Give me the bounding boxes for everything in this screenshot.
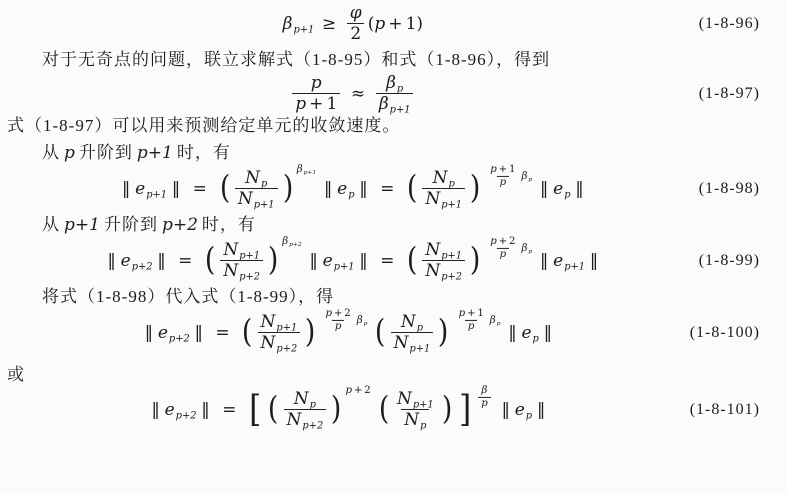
math-fraction: NpNp+1 <box>235 168 278 209</box>
math-token: p <box>500 249 507 261</box>
math-fraction: φ2 <box>347 3 365 44</box>
equation-line-1-8-97: pp+1≈βpβp+1 (1-8-97) <box>7 73 760 114</box>
equation-number-1-8-98: (1-8-98) <box>699 180 760 198</box>
math-token: N <box>425 240 440 260</box>
math-token: N <box>294 389 309 409</box>
math-row: βp+1 <box>297 164 316 175</box>
math-group: (NpNp+1)p+1pβp <box>405 168 532 209</box>
math-exponent: βp+1 <box>297 164 316 175</box>
open-fence: ( <box>374 318 386 348</box>
math-subscript: p+2 <box>239 272 260 284</box>
math-operator: + <box>354 385 363 396</box>
math-variable: φ <box>350 3 362 23</box>
math-row: NpNp+1 <box>419 168 468 209</box>
math-variable: βp <box>490 315 501 326</box>
fraction-denominator: p <box>497 176 510 189</box>
math-variable: Np <box>294 389 316 409</box>
math-row: Np+1 <box>425 240 462 260</box>
math-operator: + <box>499 236 508 248</box>
math-operator: + <box>388 14 402 34</box>
math-variable: p <box>345 385 352 396</box>
math-token: 1 <box>326 94 337 114</box>
math-row: NpNp+1 <box>232 168 281 209</box>
math-token: N <box>425 261 440 281</box>
math-fraction: p+1p <box>456 308 487 333</box>
math-row: p+2 <box>345 385 370 396</box>
norm-delimiter: ‖ <box>590 251 599 271</box>
math-row: NpNp+1 <box>388 312 437 353</box>
math-group: (NpNp+1)p+1pβp <box>373 312 500 353</box>
math-ordinary: 1 <box>477 308 483 320</box>
math-row: Np <box>404 410 426 430</box>
open-fence: ( <box>241 318 253 348</box>
close-fence: ) <box>469 174 481 204</box>
fraction-denominator: Np+2 <box>258 332 301 353</box>
math-subscript: p+1 <box>239 250 260 262</box>
math-group: [(NpNp+2)p+2(Np+1Np)]βp <box>247 389 494 430</box>
math-variable: p <box>459 308 466 320</box>
math-fraction: NpNp+1 <box>391 312 434 353</box>
text-run: 升阶到 <box>79 143 133 162</box>
math-variable: p <box>335 321 342 333</box>
math-variable: ep <box>521 323 538 343</box>
math-token: β <box>297 164 303 175</box>
math-variable: Np+1 <box>223 240 260 260</box>
inline-math-var: p <box>64 143 75 163</box>
math-variable: p <box>311 73 322 93</box>
math-row: Np <box>433 168 455 188</box>
math-token: 2 <box>344 308 350 320</box>
math-token: N <box>245 168 260 188</box>
paragraph-predict-convergence: 式（1-8-97）可以用来预测给定单元的收敛速度。 <box>7 115 760 138</box>
math-row: p+2 <box>325 308 350 320</box>
close-fence: ) <box>282 174 294 204</box>
math-token: φ <box>350 3 362 23</box>
math-group: (NpNp+2)p+2 <box>266 389 370 430</box>
norm-delimiter: ‖ <box>172 179 181 199</box>
math-subscript: p+1 <box>293 24 314 35</box>
math-group: (Np+1Np) <box>377 389 454 430</box>
fraction-numerator: Np <box>430 168 458 188</box>
math-fraction: Np+1Np+2 <box>220 240 263 281</box>
math-operator: ≈ <box>351 84 365 104</box>
open-fence: ( <box>378 395 390 425</box>
math-row: βp+1 <box>379 94 411 114</box>
equation-number-1-8-96: (1-8-96) <box>699 15 760 33</box>
math-token: β <box>482 385 488 397</box>
fraction-numerator: p+1 <box>456 308 487 320</box>
math-row: p <box>468 321 475 333</box>
norm-delimiter: ‖ <box>201 400 210 420</box>
math-token: p <box>345 385 352 396</box>
math-token: e <box>521 323 531 343</box>
math-subscript: p <box>417 323 423 335</box>
math-subscript: p+2 <box>276 344 297 356</box>
math-token: ( <box>368 14 375 34</box>
math-token: β <box>283 14 293 34</box>
close-fence: ) <box>267 246 279 276</box>
math-operator: + <box>467 308 476 320</box>
math-subscript: p+1 <box>304 170 317 176</box>
fraction-numerator: Np+1 <box>394 389 437 409</box>
math-token: N <box>287 410 302 430</box>
fraction-denominator: Np+1 <box>422 188 465 209</box>
fraction-numerator: φ <box>347 3 365 23</box>
math-token: β <box>282 236 288 247</box>
math-subscript: p <box>528 177 532 183</box>
paragraph-upgrade-p-to-p1: 从p升阶到p+1时，有 <box>7 142 760 165</box>
math-row: β <box>482 385 488 397</box>
math-group: (Np+1Np+2)p+2pβp <box>240 312 367 353</box>
math-operator: + <box>499 164 508 176</box>
inline-math-var: p+2 <box>162 215 198 235</box>
equation-number-1-8-101: (1-8-101) <box>690 401 760 419</box>
math-token: e <box>337 179 347 199</box>
math-subscript: p <box>526 410 532 421</box>
math-variable: p <box>374 14 385 34</box>
math-row: pp+1≈βpβp+1 <box>289 73 416 114</box>
math-ordinary: 1 <box>406 14 417 34</box>
math-row: Np+1Np+2 <box>217 240 266 281</box>
open-fence: ( <box>267 395 279 425</box>
math-fraction: NpNp+1 <box>422 168 465 209</box>
math-token: β <box>522 243 528 254</box>
math-variable: Np+2 <box>261 333 298 353</box>
fraction-numerator: Np+1 <box>422 240 465 260</box>
equation-line-1-8-96: βp+1≥φ2(p+1) (1-8-96) <box>7 3 760 44</box>
math-exponent: p+1pβp <box>484 164 532 189</box>
fraction-numerator: p+2 <box>487 236 518 248</box>
equation-number-1-8-100: (1-8-100) <box>690 324 760 342</box>
math-subscript: p+1 <box>390 105 411 117</box>
math-variable: Np+1 <box>397 389 434 409</box>
open-fence: ( <box>406 174 418 204</box>
math-fraction: p+1p <box>487 164 518 189</box>
fraction-numerator: p <box>308 73 325 93</box>
norm-delimiter: ‖ <box>501 400 510 420</box>
math-token: p <box>468 321 475 333</box>
math-token: e <box>158 323 168 343</box>
fraction-denominator: p <box>497 248 510 261</box>
math-exponent: βp <box>475 385 494 410</box>
math-variable: Np+1 <box>261 312 298 332</box>
math-row: Np+1 <box>397 389 434 409</box>
math-group: (Np+1Np+2)βp+2 <box>203 240 302 281</box>
math-subscript: p <box>533 333 539 344</box>
math-operator: = <box>178 251 192 271</box>
math-variable: ep+1 <box>323 251 355 271</box>
math-fraction: βp <box>478 385 491 410</box>
math-row: Np+2 <box>425 261 462 281</box>
math-variable: Np+1 <box>394 333 431 353</box>
math-subscript: p <box>564 189 570 200</box>
math-subscript: p+1 <box>276 323 297 335</box>
fraction-numerator: Np <box>291 389 319 409</box>
close-fence: ) <box>437 318 449 348</box>
math-variable: Np+2 <box>425 261 462 281</box>
math-token: ) <box>416 14 423 34</box>
math-row: Np+2 <box>223 261 260 281</box>
fraction-denominator: p+1 <box>292 93 340 114</box>
math-variable: βp+2 <box>282 236 301 247</box>
math-variable: β <box>482 385 488 397</box>
open-fence: ( <box>219 174 231 204</box>
math-row: Np <box>294 389 316 409</box>
math-token: N <box>261 312 276 332</box>
math-operator: ≥ <box>322 14 336 34</box>
math-variable: βp <box>522 171 533 182</box>
document-page: βp+1≥φ2(p+1) (1-8-96) 对于无奇点的问题，联立求解式（1-8… <box>0 0 786 494</box>
math-token: β <box>357 315 363 326</box>
math-fraction: pp+1 <box>292 73 340 114</box>
norm-delimiter: ‖ <box>309 251 318 271</box>
math-row: ‖ep+1‖=(NpNp+1)βp+1‖ep‖=(NpNp+1)p+1pβp‖e… <box>117 168 588 209</box>
paragraph-upgrade-p1-to-p2: 从p+1升阶到p+2时，有 <box>7 214 760 237</box>
equation-1-8-96: βp+1≥φ2(p+1) <box>7 3 699 44</box>
math-token: N <box>394 333 409 353</box>
math-row: p+1 <box>459 308 484 320</box>
math-row: p+1pβp <box>484 164 532 189</box>
math-token: β <box>386 73 396 93</box>
math-ordinary: 1 <box>509 164 515 176</box>
math-token: p <box>374 14 385 34</box>
math-variable: p <box>481 398 488 410</box>
fraction-numerator: Np+1 <box>220 240 263 260</box>
math-row: βp+1≥φ2(p+1) <box>283 3 423 44</box>
norm-delimiter: ‖ <box>122 179 131 199</box>
math-token: p <box>490 236 497 248</box>
math-row: Np+1Np+2 <box>419 240 468 281</box>
math-variable: Np <box>245 168 267 188</box>
math-subscript: p+1 <box>441 250 462 262</box>
math-row: p+1 <box>490 164 515 176</box>
math-operator: + <box>334 308 343 320</box>
math-subscript: p <box>364 321 368 327</box>
math-variable: βp <box>386 73 403 93</box>
math-ordinary: 2 <box>344 308 350 320</box>
math-variable: ep+2 <box>158 323 190 343</box>
math-subscript: p <box>497 321 501 327</box>
math-fraction: Np+1Np+2 <box>422 240 465 281</box>
norm-delimiter: ‖ <box>508 323 517 343</box>
math-subscript: p+1 <box>564 261 585 272</box>
math-variable: βp+1 <box>297 164 316 175</box>
math-token: 1 <box>406 14 417 34</box>
fraction-numerator: p+2 <box>322 308 353 320</box>
math-ordinary: 2 <box>350 24 361 44</box>
norm-delimiter: ‖ <box>544 323 553 343</box>
math-token: e <box>553 251 563 271</box>
math-subscript: p+1 <box>334 261 355 272</box>
math-row: p <box>500 177 507 189</box>
fraction-denominator: Np+2 <box>422 260 465 281</box>
math-variable: ep+1 <box>553 251 585 271</box>
math-fraction: NpNp+2 <box>284 389 327 430</box>
norm-delimiter: ‖ <box>107 251 116 271</box>
math-subscript: p+2 <box>132 261 153 272</box>
math-row: Np+1 <box>394 333 431 353</box>
equation-line-1-8-100: ‖ep+2‖=(Np+1Np+2)p+2pβp(NpNp+1)p+1pβp‖ep… <box>7 312 760 353</box>
math-token: β <box>379 94 389 114</box>
math-row: p <box>500 249 507 261</box>
math-token: N <box>404 410 419 430</box>
math-variable: ep <box>337 179 354 199</box>
close-fence: ) <box>304 318 316 348</box>
equation-1-8-101: ‖ep+2‖=[(NpNp+2)p+2(Np+1Np)]βp‖ep‖ <box>7 389 690 430</box>
math-variable: ep+1 <box>135 179 167 199</box>
math-ordinary: 1 <box>326 94 337 114</box>
paragraph-solve-together: 对于无奇点的问题，联立求解式（1-8-95）和式（1-8-96），得到 <box>7 49 760 72</box>
norm-delimiter: ‖ <box>575 179 584 199</box>
math-exponent: p+1pβp <box>453 308 501 333</box>
math-subscript: p+1 <box>441 199 462 211</box>
math-row: p <box>335 321 342 333</box>
fraction-numerator: βp <box>383 73 406 93</box>
math-variable: p <box>500 177 507 189</box>
math-token: N <box>223 261 238 281</box>
close-fence: ) <box>330 395 342 425</box>
math-fraction: Np+1Np+2 <box>258 312 301 353</box>
math-subscript: p+1 <box>146 189 167 200</box>
math-variable: Np+1 <box>238 189 275 209</box>
math-subscript: p+1 <box>410 344 431 356</box>
math-variable: p <box>325 308 332 320</box>
math-subscript: p+2 <box>169 333 190 344</box>
norm-delimiter: ‖ <box>540 179 549 199</box>
norm-delimiter: ‖ <box>324 179 333 199</box>
math-token: N <box>223 240 238 260</box>
math-row: (NpNp+2)p+2(Np+1Np) <box>263 389 457 430</box>
math-token: N <box>261 333 276 353</box>
math-exponent: p+2pβp <box>319 308 367 333</box>
math-variable: ep+2 <box>165 400 197 420</box>
math-ordinary: ) <box>416 14 423 34</box>
text-run: 升阶到 <box>104 215 158 234</box>
math-fraction: p+2p <box>322 308 353 333</box>
math-row: Np+1Np+2 <box>255 312 304 353</box>
math-token: N <box>401 312 416 332</box>
equation-1-8-99: ‖ep+2‖=(Np+1Np+2)βp+2‖ep+1‖=(Np+1Np+2)p+… <box>7 240 699 281</box>
math-variable: Np <box>433 168 455 188</box>
norm-delimiter: ‖ <box>359 179 368 199</box>
equation-1-8-98: ‖ep+1‖=(NpNp+1)βp+1‖ep‖=(NpNp+1)p+1pβp‖e… <box>7 168 699 209</box>
equation-number-1-8-99: (1-8-99) <box>699 252 760 270</box>
math-exponent: p+2pβp <box>484 236 532 261</box>
math-variable: βp+1 <box>379 94 411 114</box>
math-row: Np <box>245 168 267 188</box>
math-token: β <box>522 171 528 182</box>
text-run: 从 <box>42 143 60 162</box>
math-ordinary: 2 <box>509 236 515 248</box>
norm-delimiter: ‖ <box>145 323 154 343</box>
fraction-numerator: p+1 <box>487 164 518 176</box>
math-variable: Np <box>401 312 423 332</box>
equation-1-8-100: ‖ep+2‖=(Np+1Np+2)p+2pβp(NpNp+1)p+1pβp‖ep… <box>7 312 690 353</box>
math-row: Np+1Np <box>391 389 440 430</box>
equation-line-1-8-101: ‖ep+2‖=[(NpNp+2)p+2(Np+1Np)]βp‖ep‖ (1-8-… <box>7 389 760 430</box>
math-subscript: p+2 <box>176 410 197 421</box>
math-token: e <box>515 400 525 420</box>
math-operator: = <box>222 400 236 420</box>
math-subscript: p <box>261 178 267 190</box>
math-subscript: p <box>448 178 454 190</box>
math-row: Np+1 <box>425 189 462 209</box>
math-row: ‖ep+2‖=[(NpNp+2)p+2(Np+1Np)]βp‖ep‖ <box>147 389 551 430</box>
math-variable: Np+1 <box>425 189 462 209</box>
math-subscript: p <box>397 83 403 95</box>
math-token: 2 <box>364 385 370 396</box>
math-row: Np+1 <box>223 240 260 260</box>
math-variable: Np+2 <box>287 410 324 430</box>
math-token: 2 <box>509 236 515 248</box>
equation-1-8-97: pp+1≈βpβp+1 <box>7 73 699 114</box>
math-token: e <box>121 251 131 271</box>
fraction-denominator: Np+1 <box>235 188 278 209</box>
math-row: p+2pβp <box>319 308 367 333</box>
fraction-denominator: p <box>465 320 478 333</box>
math-variable: p <box>490 164 497 176</box>
fraction-numerator: Np <box>398 312 426 332</box>
math-fraction: βpβp+1 <box>376 73 414 114</box>
open-fence: [ <box>248 392 262 427</box>
math-fraction: Np+1Np <box>394 389 437 430</box>
math-token: e <box>553 179 563 199</box>
fraction-denominator: 2 <box>347 23 364 44</box>
math-operator: + <box>309 94 323 114</box>
math-token: e <box>165 400 175 420</box>
math-subscript: p+1 <box>413 400 434 412</box>
math-row: Np+2 <box>287 410 324 430</box>
math-row: Np+2 <box>261 333 298 353</box>
math-group: (NpNp+1)βp+1 <box>218 168 317 209</box>
math-row: p+2 <box>490 236 515 248</box>
fraction-denominator: p <box>478 397 491 410</box>
fraction-denominator: βp+1 <box>376 93 414 114</box>
math-operator: = <box>380 251 394 271</box>
open-fence: ( <box>406 246 418 276</box>
math-exponent: βp+2 <box>282 236 301 247</box>
math-ordinary: ( <box>368 14 375 34</box>
math-token: p <box>481 398 488 410</box>
math-subscript: p <box>348 189 354 200</box>
math-subscript: p+1 <box>254 199 275 211</box>
math-token: N <box>433 168 448 188</box>
math-token: p <box>325 308 332 320</box>
text-run: 时，有 <box>177 143 231 162</box>
math-token: β <box>490 315 496 326</box>
math-row: p+2pβp <box>484 236 532 261</box>
math-token: p <box>500 177 507 189</box>
math-subscript: p <box>310 400 316 412</box>
equation-line-1-8-99: ‖ep+2‖=(Np+1Np+2)βp+2‖ep+1‖=(Np+1Np+2)p+… <box>7 240 760 281</box>
math-row: p+1pβp <box>453 308 501 333</box>
math-ordinary: 2 <box>364 385 370 396</box>
math-variable: p <box>500 249 507 261</box>
norm-delimiter: ‖ <box>151 400 160 420</box>
fraction-denominator: Np+1 <box>391 332 434 353</box>
math-token: e <box>323 251 333 271</box>
math-token: p <box>459 308 466 320</box>
math-variable: Np <box>404 410 426 430</box>
math-token: N <box>397 389 412 409</box>
inline-math-var: p+1 <box>64 215 100 235</box>
math-variable: Np+2 <box>223 261 260 281</box>
math-token: p <box>335 321 342 333</box>
math-row: p <box>311 73 322 93</box>
math-variable: Np+1 <box>425 240 462 260</box>
math-exponent: p+2 <box>345 385 370 396</box>
inline-math-var: p+1 <box>137 143 173 163</box>
